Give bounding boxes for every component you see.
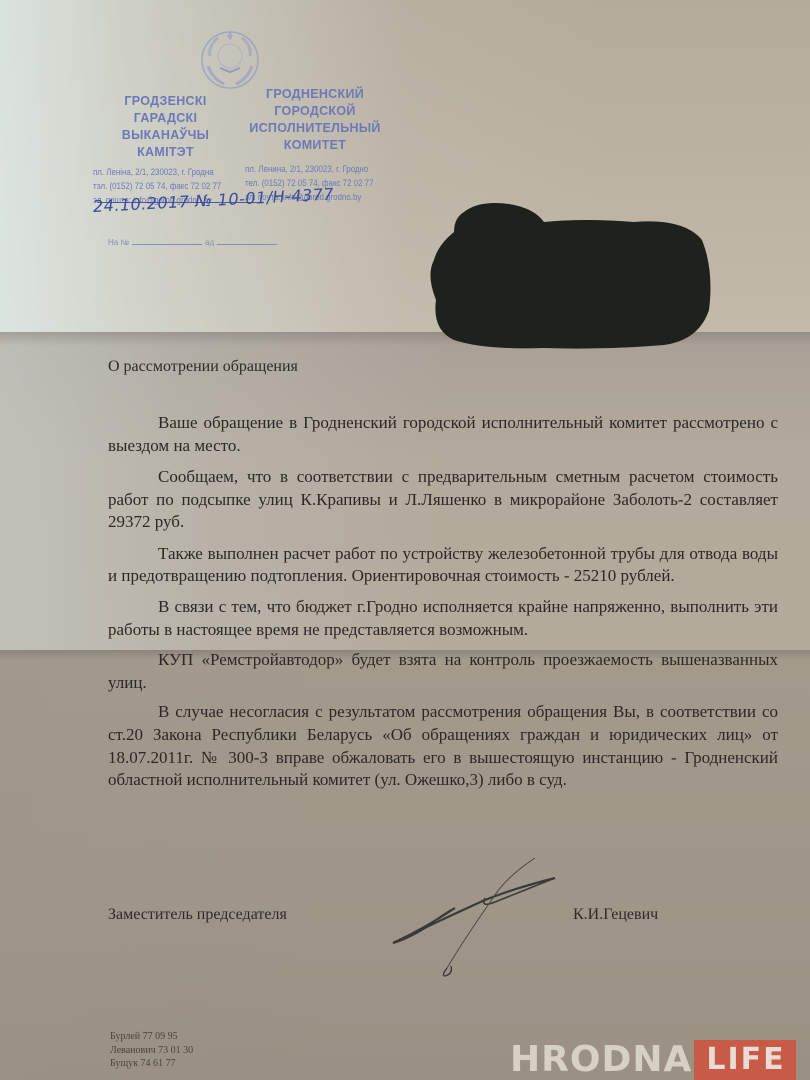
org-by-line: ГАРАДСКІ <box>103 110 228 127</box>
signatory-name: К.И.Гецевич <box>573 906 658 924</box>
org-name-belarusian: ГРОДЗЕНСКІ ГАРАДСКІ ВЫКАНАЎЧЫ КАМІТЭТ <box>103 93 228 161</box>
contact-item: Леванович 73 01 30 <box>110 1044 193 1058</box>
body-paragraph: Также выполнен расчет работ по устройств… <box>108 543 778 588</box>
coat-of-arms-icon <box>198 28 262 92</box>
signatory-title: Заместитель председателя <box>108 906 287 924</box>
org-by-line: КАМІТЭТ <box>103 144 228 161</box>
contacts-list: Бурлей 77 09 95 Леванович 73 01 30 Бущук… <box>110 1030 193 1071</box>
body-paragraph: В случае несогласия с результатом рассмо… <box>108 701 778 792</box>
reference-line: На №ад <box>108 238 280 247</box>
org-by-line: ВЫКАНАЎЧЫ <box>103 127 228 144</box>
reference-date-label: ад <box>205 238 214 247</box>
org-name-russian: ГРОДНЕНСКИЙ ГОРОДСКОЙ ИСПОЛНИТЕЛЬНЫЙ КОМ… <box>235 86 395 154</box>
address-line: пл. Леніна, 2/1, 230023, г. Гродна <box>93 165 221 179</box>
reference-blank <box>132 244 202 245</box>
org-ru-line: КОМИТЕТ <box>235 137 395 154</box>
org-ru-line: ГОРОДСКОЙ <box>235 103 395 120</box>
body-paragraph: КУП «Ремстройавтодор» будет взята на кон… <box>108 649 778 694</box>
org-ru-line: ИСПОЛНИТЕЛЬНЫЙ <box>235 120 395 137</box>
contact-item: Бурлей 77 09 95 <box>110 1030 193 1044</box>
handwritten-signature <box>385 858 565 978</box>
letter-subject: О рассмотрении обращения <box>108 358 298 376</box>
redacted-recipient-address <box>424 200 714 350</box>
reference-date-blank <box>217 244 277 245</box>
watermark-life-badge: LIFE <box>694 1040 795 1080</box>
reference-label: На № <box>108 238 129 247</box>
hrodna-life-watermark: HRODNA LIFE <box>510 1040 796 1080</box>
org-ru-line: ГРОДНЕНСКИЙ <box>235 86 395 103</box>
body-paragraph: Ваше обращение в Гродненский городской и… <box>108 412 778 457</box>
watermark-hrodna-text: HRODNA <box>510 1040 694 1080</box>
address-line: пл. Ленина, 2/1, 230023, г. Гродно <box>245 162 373 176</box>
body-paragraph: Сообщаем, что в соответствии с предварит… <box>108 466 778 534</box>
body-paragraph: В связи с тем, что бюджет г.Гродно испол… <box>108 596 778 641</box>
org-by-line: ГРОДЗЕНСКІ <box>103 93 228 110</box>
letter-body: Ваше обращение в Гродненский городской и… <box>108 412 778 801</box>
contact-item: Бущук 74 61 77 <box>110 1057 193 1071</box>
